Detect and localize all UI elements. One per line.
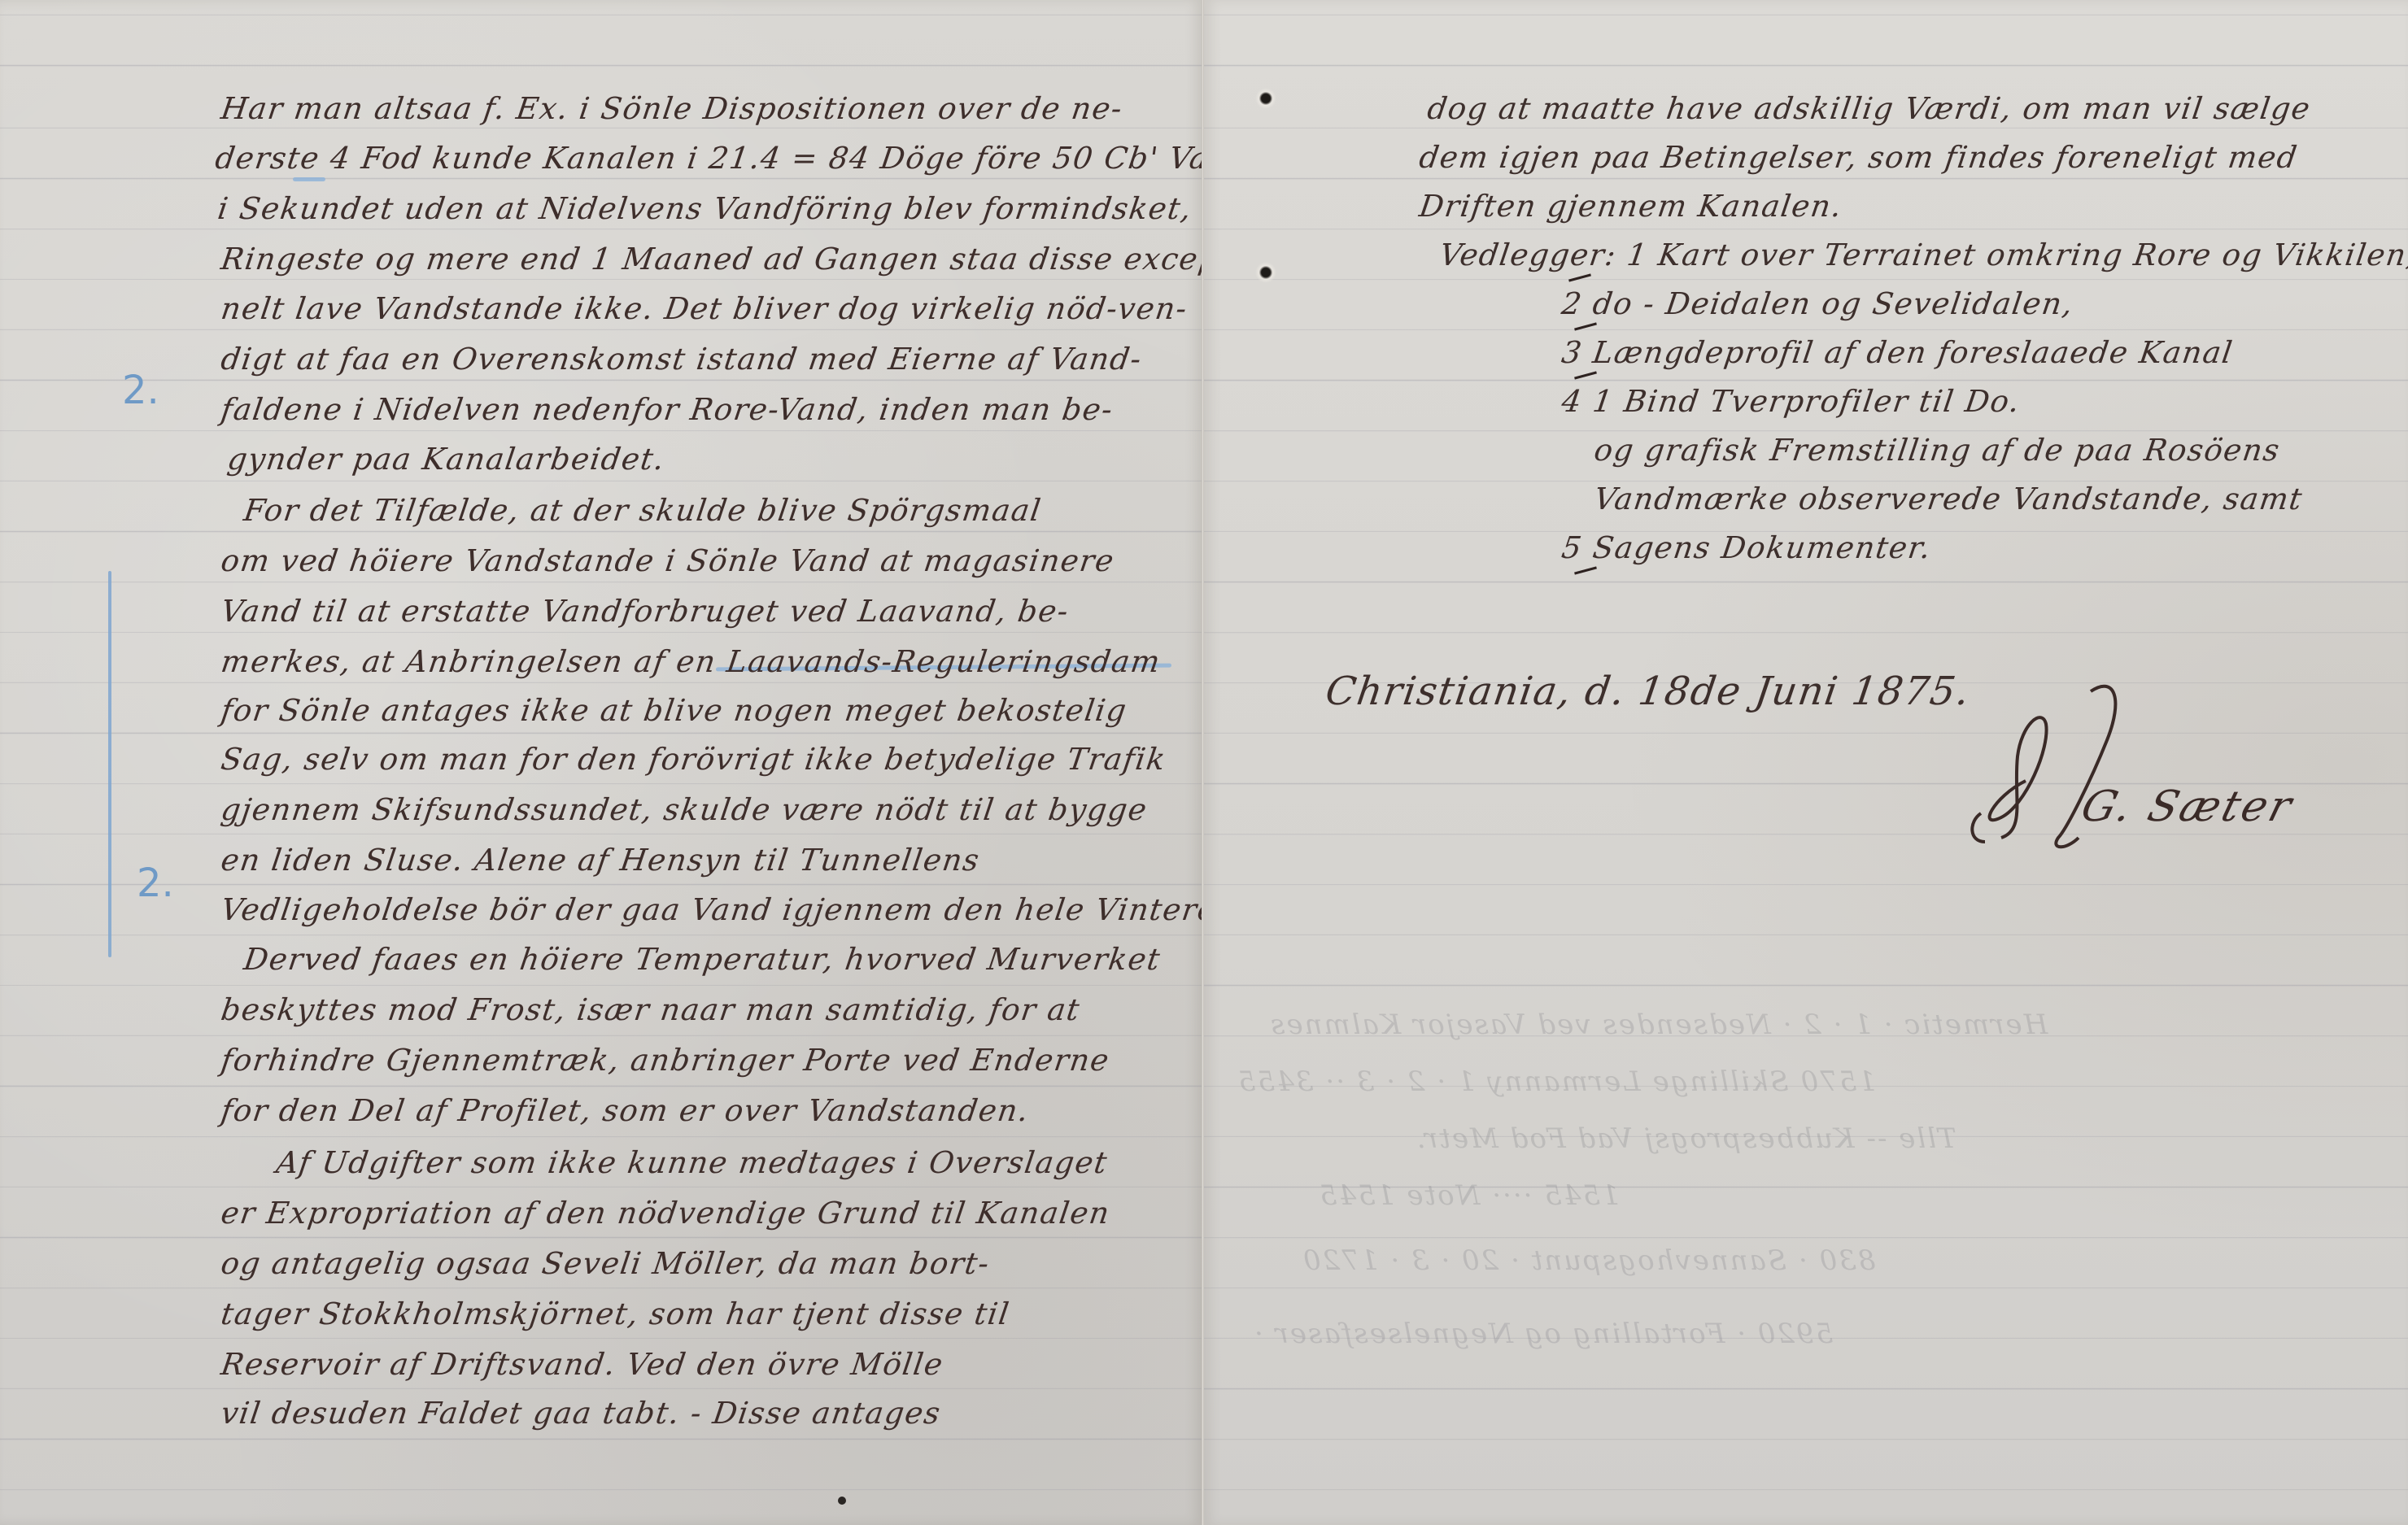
dateline: Christiania, d. 18de Juni 1875. <box>1323 669 1973 714</box>
text-line: Har man altsaa f. Ex. i Sönle Dispositio… <box>219 91 1125 126</box>
right-page: Hermetic · 1 · 2 · Nedsendes ved Vasejor… <box>1204 0 2408 1525</box>
signature: G. Sæter <box>2076 782 2299 831</box>
bleed-through-text: 5920 · Fortalling og Negnelsesfaser · <box>1253 1318 1833 1350</box>
text-line: Sag, selv om man for den forövrigt ikke … <box>219 742 1168 777</box>
enclosure-text: Sagens Dokumenter. <box>1590 530 1934 565</box>
text-line: for den Del af Profilet, som er over Van… <box>219 1093 1032 1128</box>
text-line: tager Stokkholmskjörnet, som har tjent d… <box>219 1296 1012 1331</box>
text-line: Derved faaes en höiere Temperatur, hvorv… <box>242 942 1163 977</box>
enclosure-number: 3 <box>1560 335 1585 370</box>
text-line: og antagelig ogsaa Seveli Möller, da man… <box>219 1246 992 1281</box>
left-page: 2. 2. Har man altsaa f. Ex. i Sönle Disp… <box>0 0 1202 1525</box>
bleed-through-text: 1545 ···· Note 1545 <box>1318 1179 1620 1212</box>
text-line: en liden Sluse. Alene af Hensyn til Tunn… <box>219 843 982 878</box>
punch-hole <box>1255 88 1276 109</box>
enclosure-item: 5 Sagens Dokumenter. <box>1560 530 1934 565</box>
margin-bracket-line <box>108 571 111 957</box>
margin-mark: 2. <box>122 368 159 413</box>
ruled-lines <box>1204 0 2408 1525</box>
text-line: Vedligeholdelse bör der gaa Vand igjenne… <box>219 892 1202 927</box>
enclosure-number: 1 <box>1625 237 1650 272</box>
text-line: om ved höiere Vandstande i Sönle Vand at… <box>219 543 1117 578</box>
text-line: dog at maatte have adskillig Værdi, om m… <box>1425 91 2313 126</box>
text-line: Vand til at erstatte Vandforbruget ved L… <box>219 594 1071 629</box>
enclosure-text: 1 Bind Tverprofiler til Do. <box>1590 384 2022 419</box>
text-line: for Sönle antages ikke at blive nogen me… <box>219 693 1129 728</box>
text-line: beskyttes mod Frost, især naar man samti… <box>219 992 1083 1027</box>
enclosure-continuation: og grafisk Fremstilling af de paa Rosöen… <box>1592 433 2283 468</box>
pencil-underline <box>293 177 325 181</box>
enclosure-text: Kart over Terrainet omkring Rore og Vikk… <box>1656 237 2408 272</box>
text-line: forhindre Gjennemtræk, anbringer Porte v… <box>219 1043 1112 1078</box>
enclosure-text: Længdeprofil af den foreslaaede Kanal <box>1590 335 2236 370</box>
text-line: faldene i Nidelven nedenfor Rore-Vand, i… <box>219 392 1115 427</box>
text-line: Reservoir af Driftsvand. Ved den övre Mö… <box>219 1347 946 1382</box>
bleed-through-text: Tlle -- Kubbesprogsj Vad Fod Metr. <box>1416 1122 1956 1155</box>
enclosure-item: 2 do - Deidalen og Sevelidalen, <box>1560 286 2076 321</box>
signature-icon <box>1904 675 2213 870</box>
text-line: dem igjen paa Betingelser, som findes fo… <box>1417 140 2300 175</box>
text-line: merkes, at Anbringelsen af en Laavands-R… <box>219 644 1163 679</box>
text-line: derste 4 Fod kunde Kanalen i 21.4 = 84 D… <box>213 141 1202 176</box>
bleed-through-text: 1570 Skillinge Lermanny 1 · 2 · 3 ·· 345… <box>1237 1065 1876 1098</box>
enclosure-item: 4 1 Bind Tverprofiler til Do. <box>1560 384 2022 419</box>
enclosure-text: do - Deidalen og Sevelidalen, <box>1590 286 2075 321</box>
text-line: Driften gjennem Kanalen. <box>1417 189 1845 224</box>
text-line: er Expropriation af den nödvendige Grund… <box>219 1196 1113 1231</box>
enclosure-number: 5 <box>1560 530 1585 565</box>
text-line: Ringeste og mere end 1 Maaned ad Gangen … <box>219 242 1202 277</box>
bleed-through-text: 830 · Sannevhogspunt · 20 · 3 · 1720 <box>1302 1244 1876 1277</box>
text-line: i Sekundet uden at Nidelvens Vandföring … <box>216 191 1202 226</box>
enclosure-number: 2 <box>1560 286 1585 321</box>
text-line: nelt lave Vandstande ikke. Det bliver do… <box>219 291 1190 326</box>
text-line: gynder paa Kanalarbeidet. <box>225 442 667 477</box>
enclosure-number: 4 <box>1560 384 1585 419</box>
paragraph-start: Af Udgifter som ikke kunne medtages i Ov… <box>274 1145 1110 1180</box>
ink-spot <box>838 1497 846 1505</box>
signature-flourish <box>1904 675 2213 870</box>
enclosures-label: Vedlegger: <box>1437 237 1619 272</box>
enclosures-line: Vedlegger: 1 Kart over Terrainet omkring… <box>1437 237 2408 272</box>
paragraph-start: For det Tilfælde, at der skulde blive Sp… <box>242 493 1044 528</box>
manuscript-spread: 2. 2. Har man altsaa f. Ex. i Sönle Disp… <box>0 0 2408 1525</box>
text-line: digt at faa en Overenskomst istand med E… <box>219 342 1145 377</box>
enclosure-continuation: Vandmærke observerede Vandstande, samt <box>1592 481 2305 516</box>
text-line: vil desuden Faldet gaa tabt. - Disse ant… <box>219 1396 944 1431</box>
text-line: gjennem Skifsundssundet, skulde være nöd… <box>219 792 1149 827</box>
bleed-through-text: Hermetic · 1 · 2 · Nedsendes ved Vasejor… <box>1269 1009 2048 1041</box>
punch-hole <box>1255 262 1276 283</box>
margin-mark: 2. <box>137 861 174 906</box>
enclosure-item: 3 Længdeprofil af den foreslaaede Kanal <box>1560 335 2236 370</box>
